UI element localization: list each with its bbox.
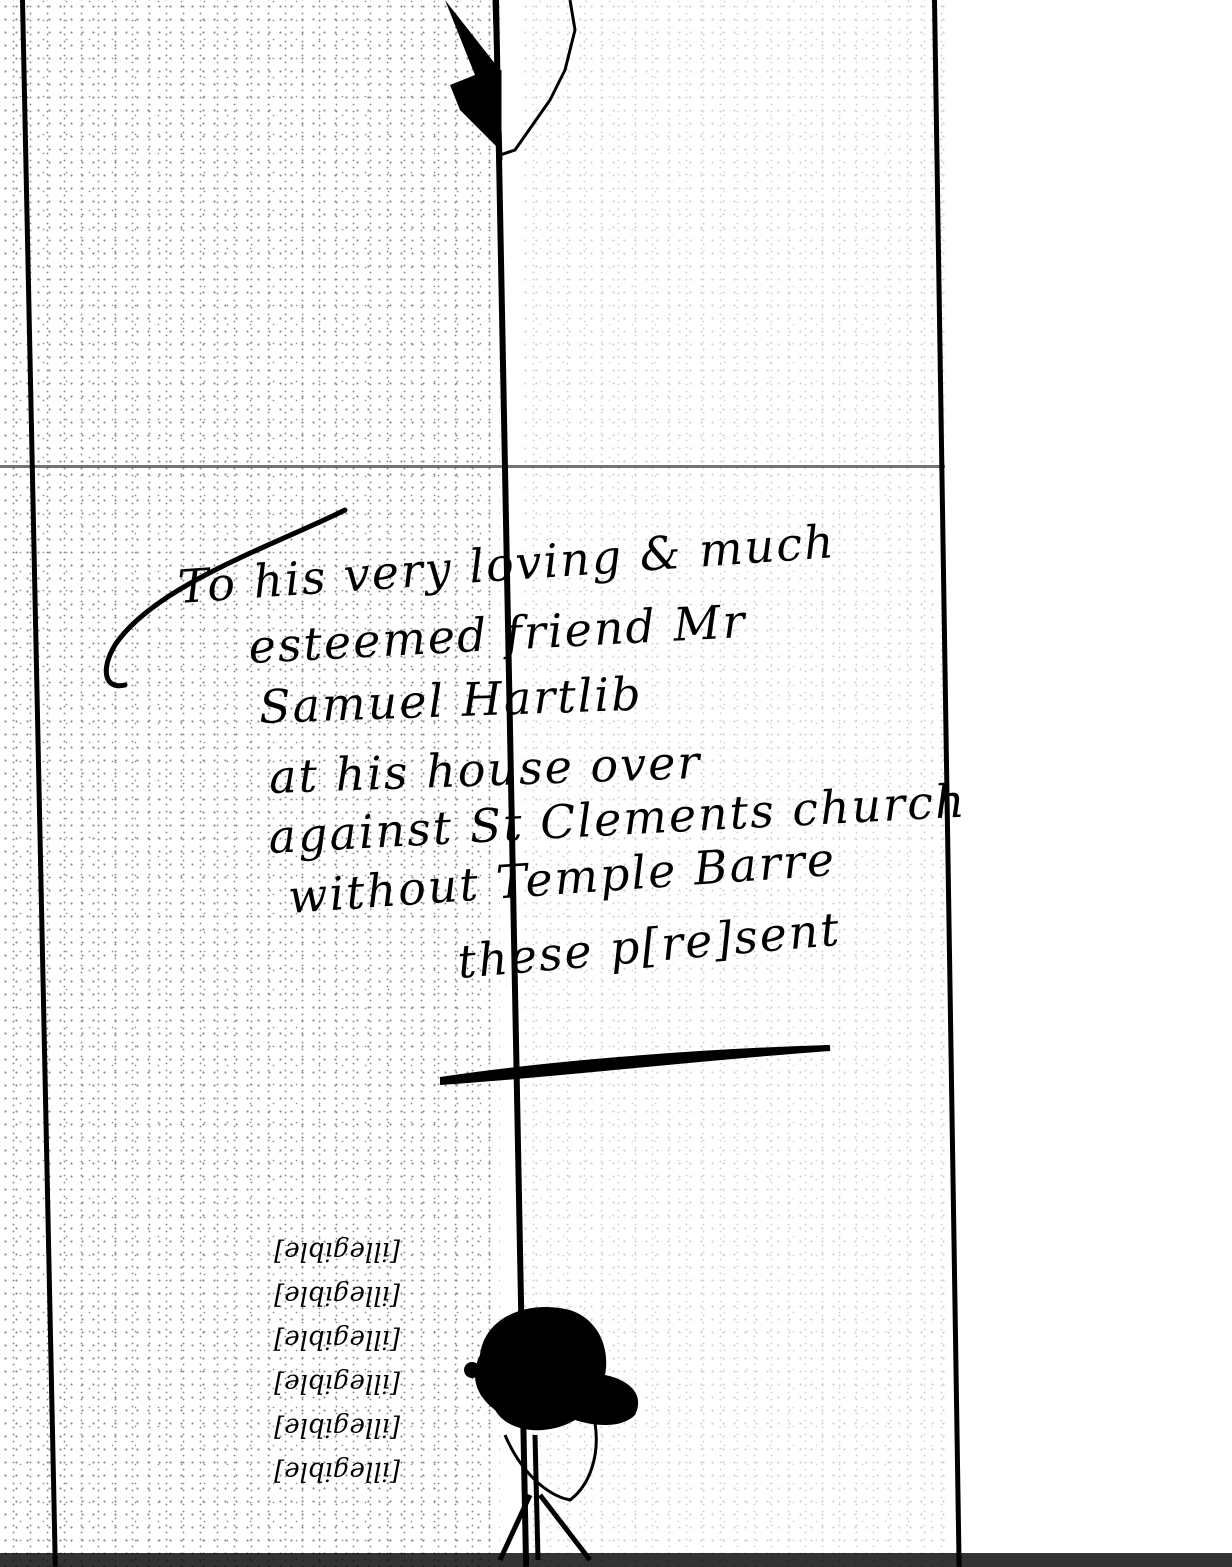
ink-stroke	[440, 1040, 840, 1090]
docket-note-inverted: [illegible] [illegible] [illegible] [ill…	[120, 1130, 400, 1500]
paper-tear	[440, 0, 610, 170]
docket-line: [illegible]	[120, 1236, 400, 1266]
docket-line: [illegible]	[120, 1280, 400, 1310]
wax-seal	[460, 1295, 650, 1567]
docket-line: [illegible]	[120, 1456, 400, 1486]
letter-page: To his very loving & much esteemed frien…	[0, 0, 1232, 1567]
docket-line: [illegible]	[120, 1412, 400, 1442]
docket-line: [illegible]	[120, 1324, 400, 1354]
fold-line-horizontal	[0, 465, 945, 468]
docket-line: [illegible]	[120, 1368, 400, 1398]
